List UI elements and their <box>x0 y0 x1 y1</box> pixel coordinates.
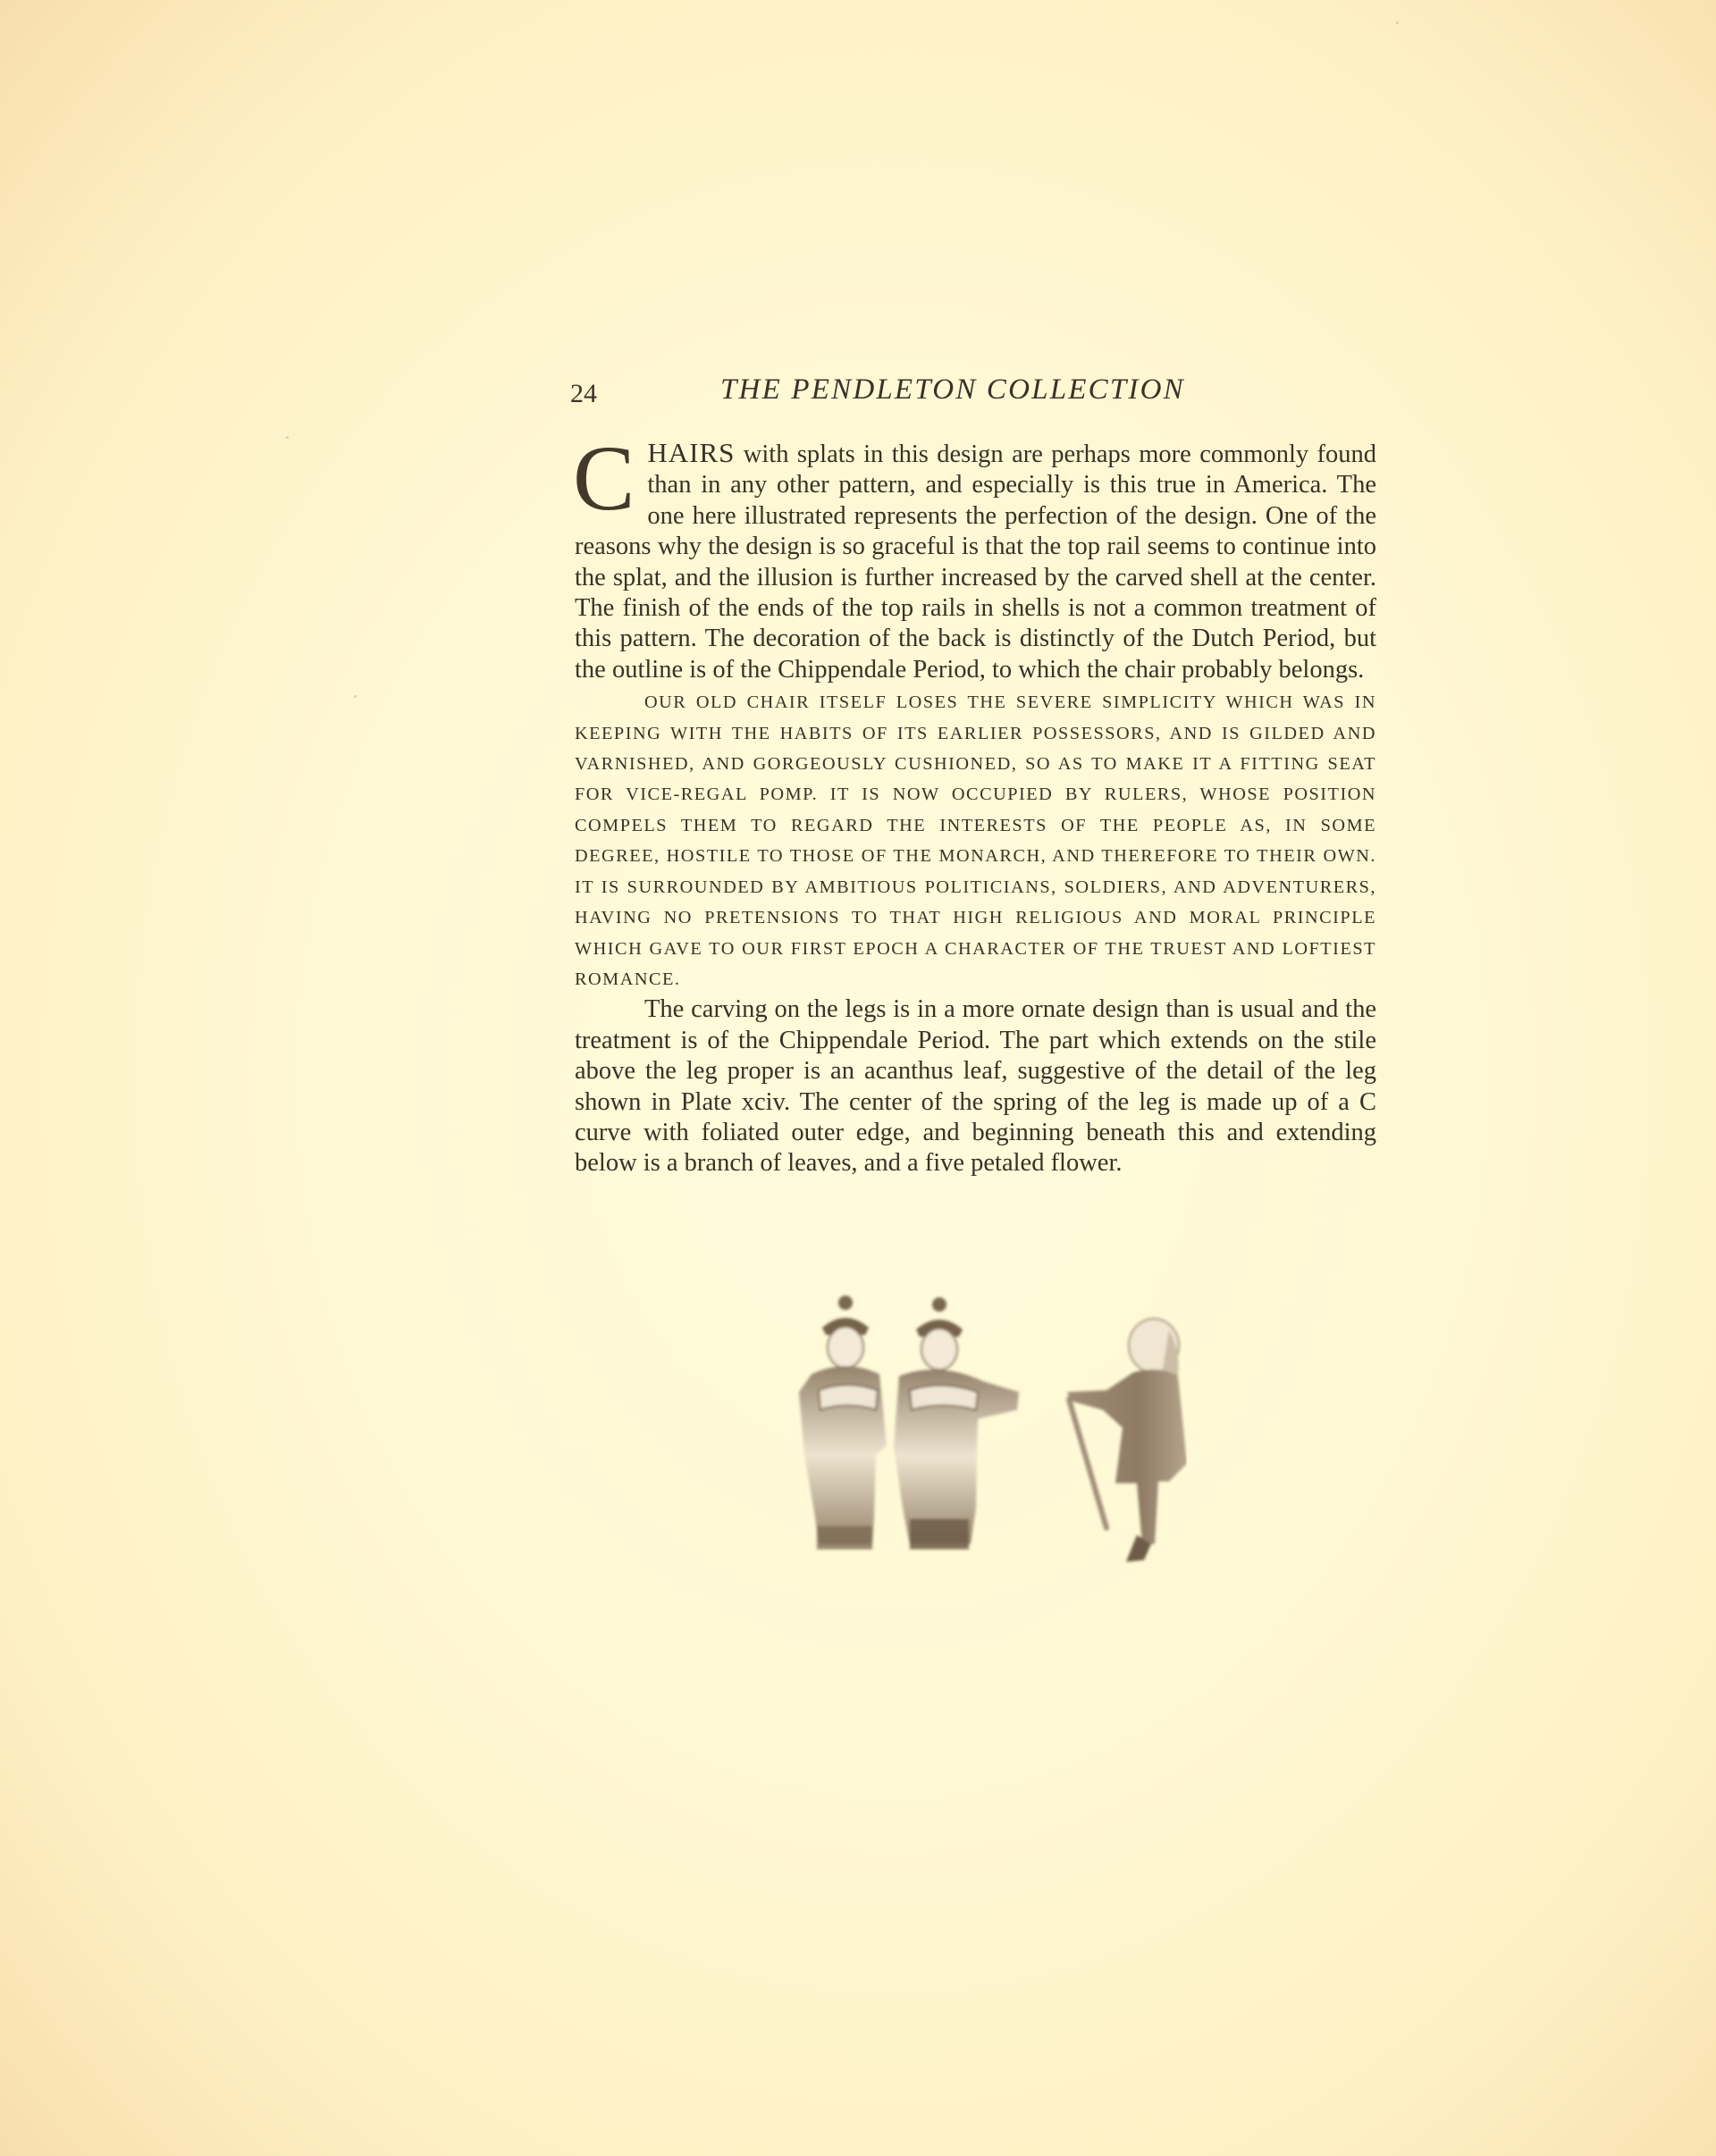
paper-speck <box>286 436 289 439</box>
figure-right-gentleman <box>1067 1319 1187 1562</box>
figure-left <box>799 1296 887 1549</box>
paper-speck <box>354 695 357 698</box>
page-header: 24 THE PENDLETON COLLECTION <box>570 373 1379 409</box>
page-number: 24 <box>570 379 597 409</box>
figurines-image <box>776 1276 1187 1571</box>
drop-cap: C <box>573 443 635 515</box>
paragraph-1-text: with splats in this design are perhaps m… <box>575 440 1376 684</box>
lead-word: HAIRS <box>647 437 735 468</box>
figure-middle <box>894 1297 1019 1549</box>
paragraph-3: The carving on the legs is in a more orn… <box>575 994 1376 1179</box>
paper-speck <box>1396 21 1399 24</box>
figurines-illustration <box>776 1276 1187 1571</box>
running-title: THE PENDLETON COLLECTION <box>720 373 1185 407</box>
body-text: CHAIRS with splats in this design are pe… <box>575 438 1376 1179</box>
paragraph-1: CHAIRS with splats in this design are pe… <box>575 438 1376 685</box>
paragraph-2-small-caps: Our old chair itself loses the severe si… <box>575 687 1376 994</box>
